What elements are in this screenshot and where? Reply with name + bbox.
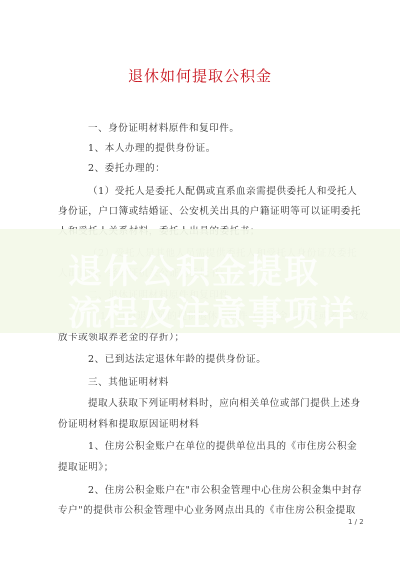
paragraph-line: 身份证，户口簿或结婚证、公安机关出具的户籍证明等可以证明委托 [58,206,361,218]
paragraph-line: 2、已到达法定退休年龄的提供身份证。 [88,354,266,366]
document-page: 退休如何提取公积金 一、身份证明材料原件和复印件。1、本人办理的提供身份证。2、… [0,0,400,566]
paragraph-line: 三、其他证明材料 [88,377,169,389]
page-number: 1 / 2 [348,518,364,526]
paragraph-line: 一、身份证明材料原件和复印件。 [88,123,240,135]
paragraph-line: 1、本人办理的提供身份证。 [88,143,216,155]
watermark-line-2: 流程及注意事项详 [68,286,356,335]
paragraph-line: 提取人获取下列证明材料时，应向相关单位或部门提供上述身 [88,398,361,410]
paragraph-line: 提取证明》； [58,462,114,474]
document-title: 退休如何提取公积金 [0,65,400,86]
paragraph-line: 份证明材料和提取原因证明材料 [58,419,199,431]
paragraph-line: 2、住房公积金账户在"市公积金管理中心住房公积金集中封存 [88,485,362,497]
paragraph-line: 2、委托办理的： [88,163,165,175]
paragraph-line: 专户"的提供市公积金管理中心业务网点出具的《市住房公积金提取 [58,505,356,517]
paragraph-line: （1）受托人是委托人配偶或直系血亲需提供委托人和受托人 [88,186,357,198]
paragraph-line: 1、住房公积金账户在单位的提供单位出具的《市住房公积金 [88,441,357,453]
